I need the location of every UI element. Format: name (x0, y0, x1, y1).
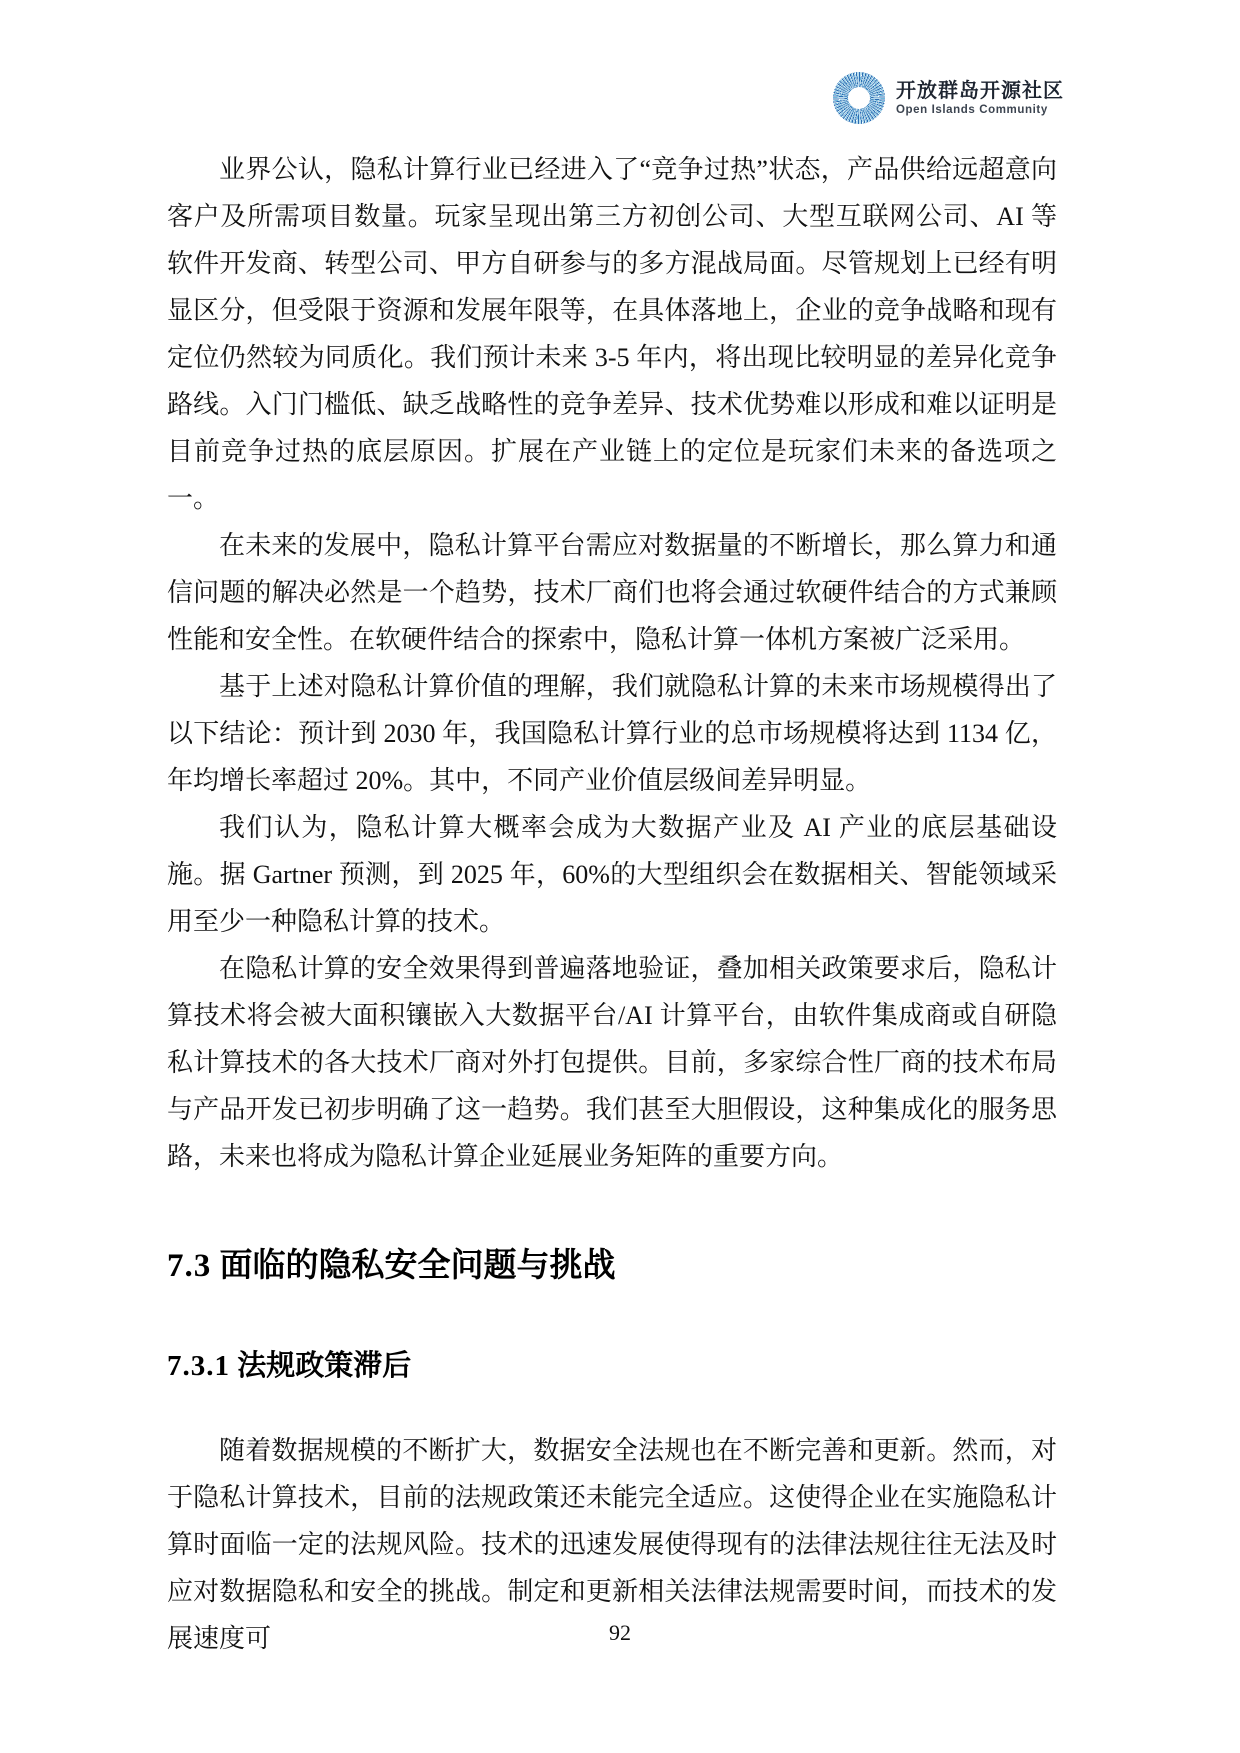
subsection-number: 7.3.1 (167, 1350, 230, 1382)
paragraph: 在隐私计算的安全效果得到普遍落地验证，叠加相关政策要求后，隐私计算技术将会被大面… (167, 945, 1057, 1180)
page-number: 92 (609, 1620, 631, 1645)
subsection-heading: 7.3.1 法规政策滞后 (167, 1347, 1057, 1385)
paragraph: 在未来的发展中，隐私计算平台需应对数据量的不断增长，那么算力和通信问题的解决必然… (167, 522, 1057, 663)
logo-english-name: Open Islands Community (896, 103, 1064, 118)
subsection-title: 法规政策滞后 (237, 1350, 411, 1382)
paragraph: 我们认为，隐私计算大概率会成为大数据产业及 AI 产业的底层基础设施。据 Gar… (167, 804, 1057, 945)
paragraph: 基于上述对隐私计算价值的理解，我们就隐私计算的未来市场规模得出了以下结论：预计到… (167, 663, 1057, 804)
section-number: 7.3 (167, 1248, 211, 1284)
document-page: 开放群岛开源社区 Open Islands Community 业界公认，隐私计… (0, 0, 1240, 1753)
section-heading: 7.3 面临的隐私安全问题与挑战 (167, 1244, 1057, 1287)
brand-logo: 开放群岛开源社区 Open Islands Community (833, 72, 1064, 124)
sunburst-icon (833, 72, 885, 124)
document-body: 业界公认，隐私计算行业已经进入了“竞争过热”状态，产品供给远超意向客户及所需项目… (167, 146, 1057, 1662)
logo-chinese-name: 开放群岛开源社区 (896, 79, 1064, 103)
paragraph: 业界公认，隐私计算行业已经进入了“竞争过热”状态，产品供给远超意向客户及所需项目… (167, 146, 1057, 522)
page-footer: 92 (0, 1620, 1240, 1646)
section-title: 面临的隐私安全问题与挑战 (220, 1246, 616, 1283)
logo-text-block: 开放群岛开源社区 Open Islands Community (896, 79, 1064, 118)
